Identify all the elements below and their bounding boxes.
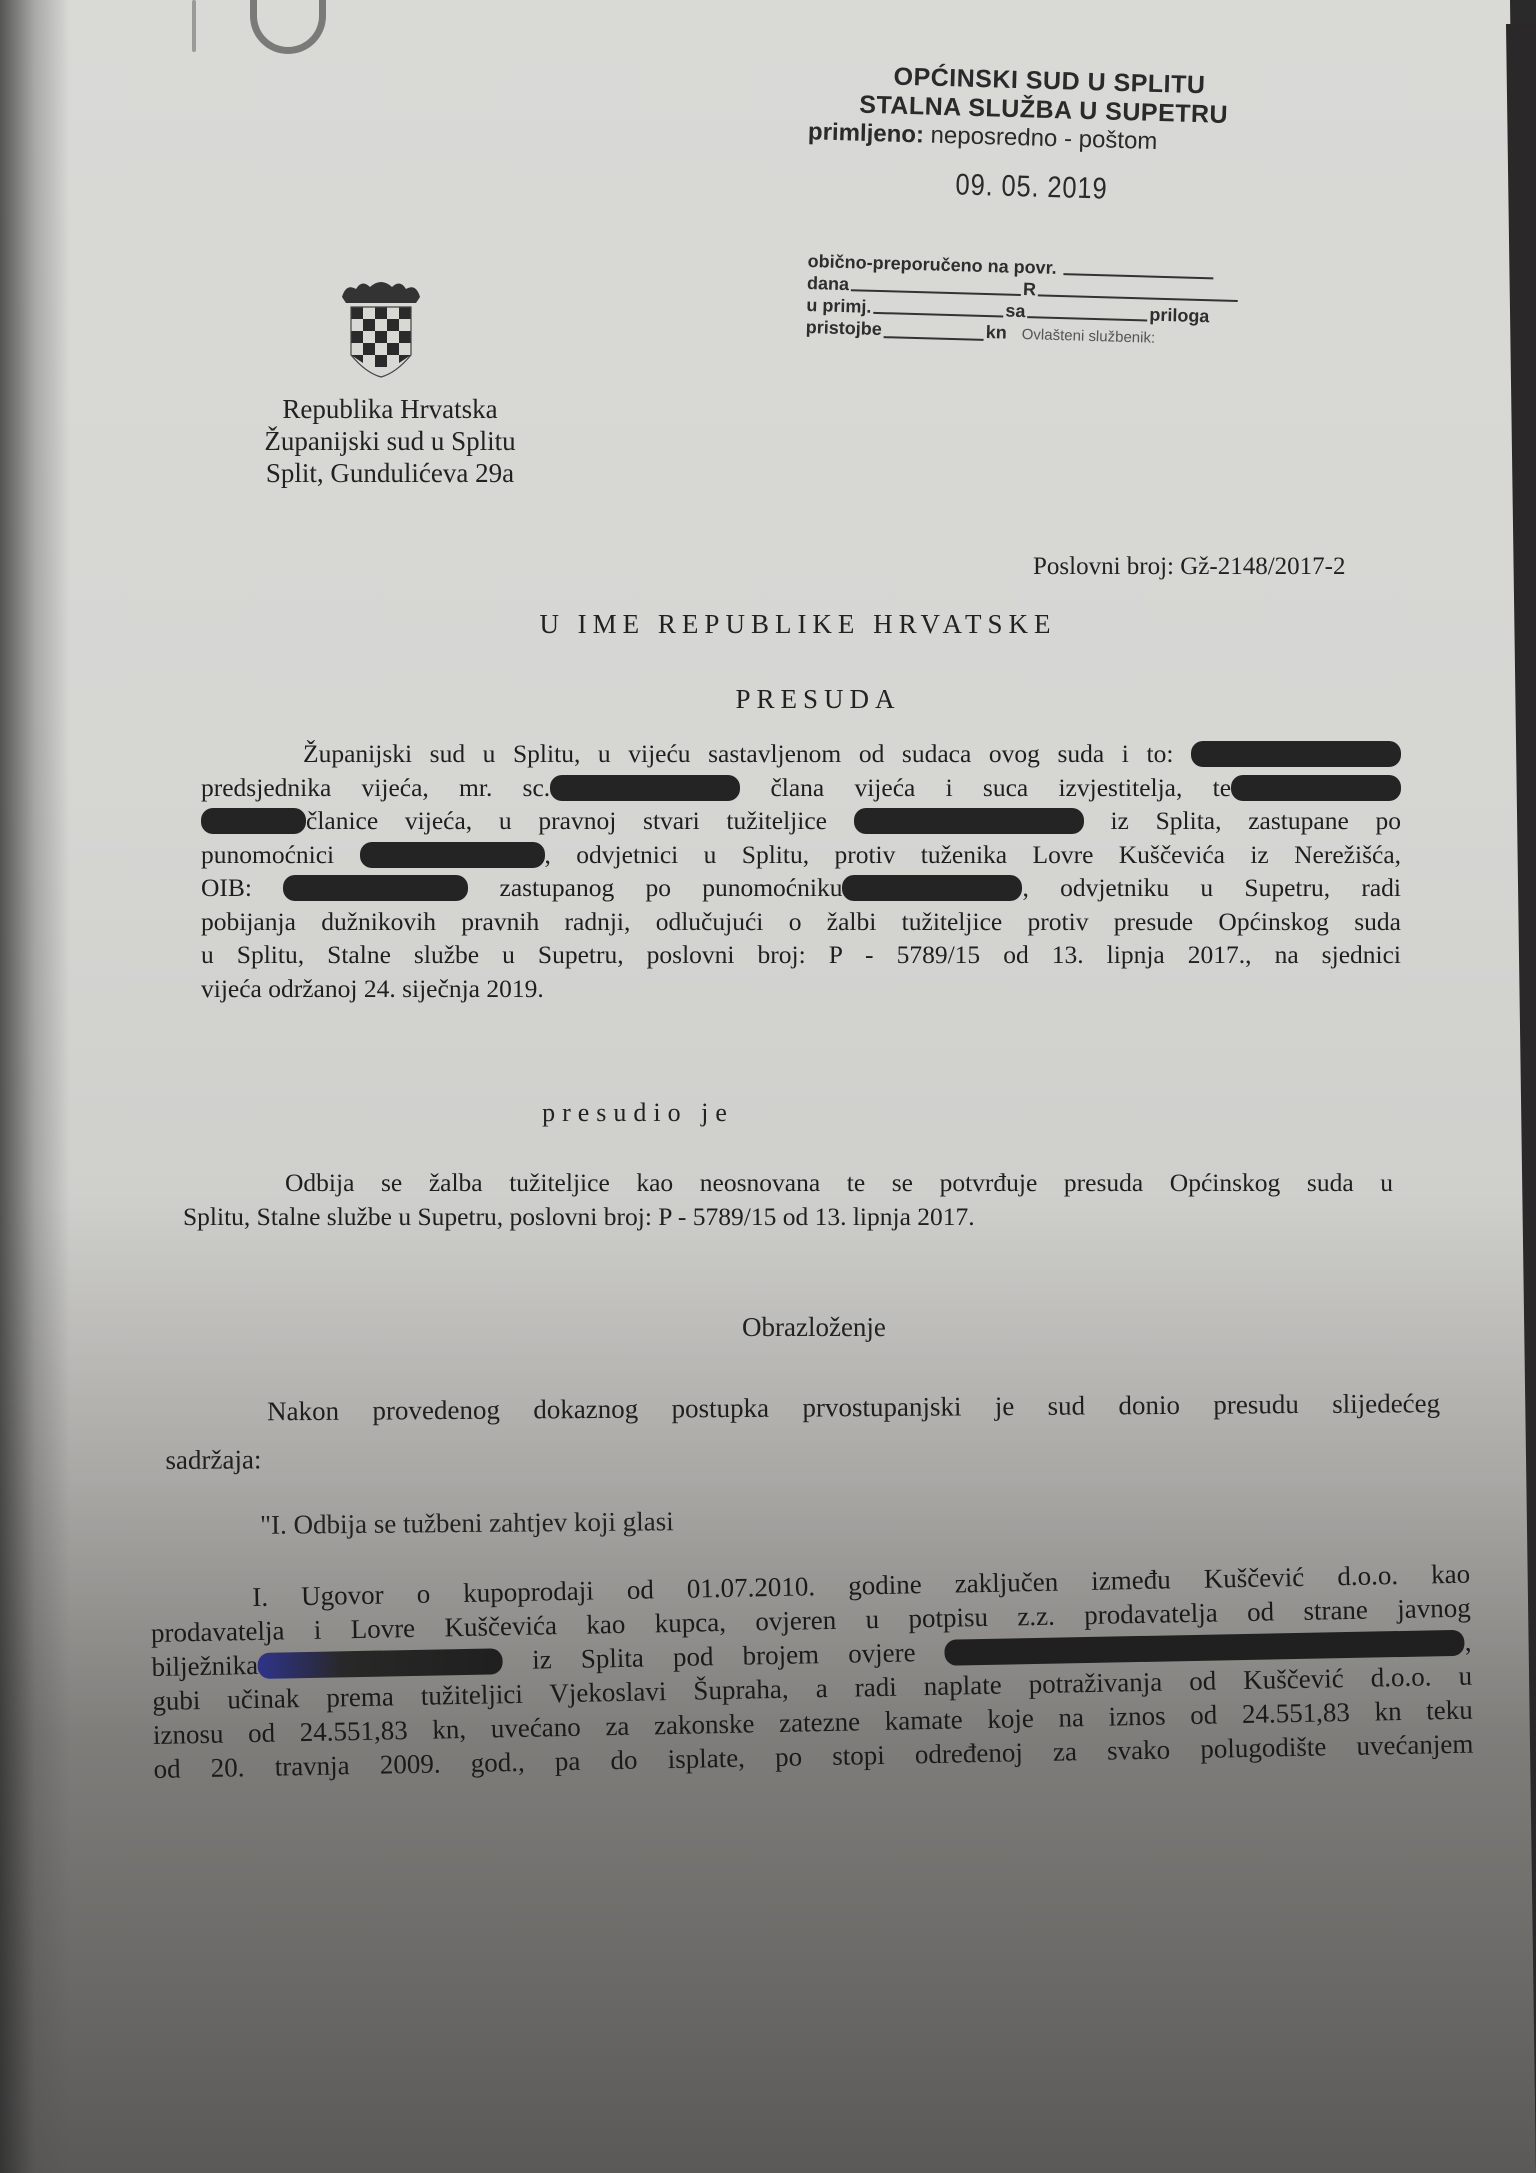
intro-paragraph: Županijski sud u Splitu, u vijeću sastav…	[201, 737, 1401, 1005]
heading-in-name-of-republic: U IME REPUBLIKE HRVATSKE	[30, 609, 1536, 640]
ruling-paragraph: Odbija se žalba tužiteljice kao neosnova…	[183, 1166, 1393, 1233]
redaction-judge-3-cont	[201, 808, 306, 834]
intro-line: člana vijeća i suca izvjestitelja, te	[770, 773, 1231, 802]
stamp-form-dana-label: dana	[807, 273, 850, 294]
reasoning-paragraph: Nakon provedenog dokaznog postupka prvos…	[165, 1385, 1441, 1478]
claim-line: ,	[1464, 1627, 1471, 1657]
heading-judgment: PRESUDA	[50, 684, 1536, 715]
intro-line: članice vijeća, u pravnoj stvari tužitel…	[306, 806, 827, 835]
reasoning-line: Nakon provedenog dokaznog postupka prvos…	[165, 1385, 1440, 1430]
intro-line: vijeća održanoj 24. siječnja 2019.	[201, 972, 1401, 1006]
redaction-plaintiff-attorney	[360, 842, 545, 868]
redaction-plaintiff	[854, 808, 1084, 834]
intro-line: , odvjetnici u Splitu, protiv tuženika L…	[545, 840, 1401, 869]
stamp-form-priloga-label: priloga	[1149, 305, 1210, 327]
quoted-claim-paragraph: I. Ugovor o kupoprodaji od 01.07.2010. g…	[150, 1557, 1474, 1786]
redaction-judge-3	[1231, 775, 1401, 801]
heading-ruled: presudio je	[0, 1098, 1406, 1128]
stamp-form-uprimj-label: u primj.	[806, 295, 872, 317]
stamp-form-r-label: R	[1023, 279, 1037, 299]
redaction-judge-1	[1191, 741, 1401, 767]
intro-line: iz Splita, zastupane po	[1110, 806, 1401, 835]
intro-line: OIB:	[201, 873, 252, 902]
redaction-oib	[283, 875, 468, 901]
redaction-judge-2	[550, 775, 740, 801]
intro-line: pobijanja dužnikovih pravnih radnji, odl…	[201, 905, 1401, 939]
stamp-form-sa-label: sa	[1005, 301, 1026, 322]
document-page: OPĆINSKI SUD U SPLITU STALNA SLUŽBA U SU…	[0, 0, 1536, 2173]
case-number: Poslovni broj: Gž-2148/2017-2	[1033, 553, 1346, 581]
ruling-line: Splitu, Stalne službe u Supetru, poslovn…	[183, 1200, 1393, 1234]
quoted-ruling-start: "I. Odbija se tužbeni zahtjev koji glasi	[260, 1506, 674, 1541]
stamp-form: obično-preporučeno na povr. danaR u prim…	[806, 250, 1248, 350]
redaction-notary	[258, 1648, 503, 1679]
stamp-received-label: primljeno:	[808, 118, 925, 148]
claim-line: iz Splita pod brojem ovjere	[532, 1637, 916, 1674]
stamp-date: 09. 05. 2019	[831, 165, 1231, 210]
stamp-form-kn-label: kn	[986, 322, 1008, 343]
intro-line: Županijski sud u Splitu, u vijeću sastav…	[303, 739, 1173, 768]
ruling-line: Odbija se žalba tužiteljice kao neosnova…	[183, 1166, 1393, 1200]
stamp-form-pristojbe-label: pristojbe	[806, 317, 883, 339]
court-country: Republika Hrvatska	[200, 393, 580, 425]
redaction-defendant-attorney	[842, 875, 1022, 901]
claim-line: bilježnika	[151, 1650, 258, 1682]
reasoning-line: sadržaja:	[165, 1433, 1440, 1478]
receipt-stamp: OPĆINSKI SUD U SPLITU STALNA SLUŽBA U SU…	[796, 60, 1270, 211]
left-edge-shadow	[0, 0, 70, 2173]
croatian-coat-of-arms-icon	[336, 277, 426, 389]
intro-line: zastupanog po punomoćniku	[500, 873, 843, 902]
court-letterhead: Republika Hrvatska Županijski sud u Spli…	[200, 393, 580, 489]
stamp-form-officer-label: Ovlašteni službenik:	[1022, 326, 1156, 347]
heading-reasoning: Obrazloženje	[742, 1312, 886, 1343]
court-name: Županijski sud u Splitu	[200, 425, 580, 457]
intro-line: predsjednika vijeća, mr. sc.	[201, 773, 550, 802]
court-address: Split, Gundulićeva 29a	[200, 457, 580, 489]
stamp-received-mode: neposredno - poštom	[930, 122, 1157, 155]
intro-line: u Splitu, Stalne službe u Supetru, poslo…	[201, 938, 1401, 972]
intro-line: punomoćnici	[201, 840, 334, 869]
intro-line: , odvjetniku u Supetru, radi	[1022, 873, 1401, 902]
